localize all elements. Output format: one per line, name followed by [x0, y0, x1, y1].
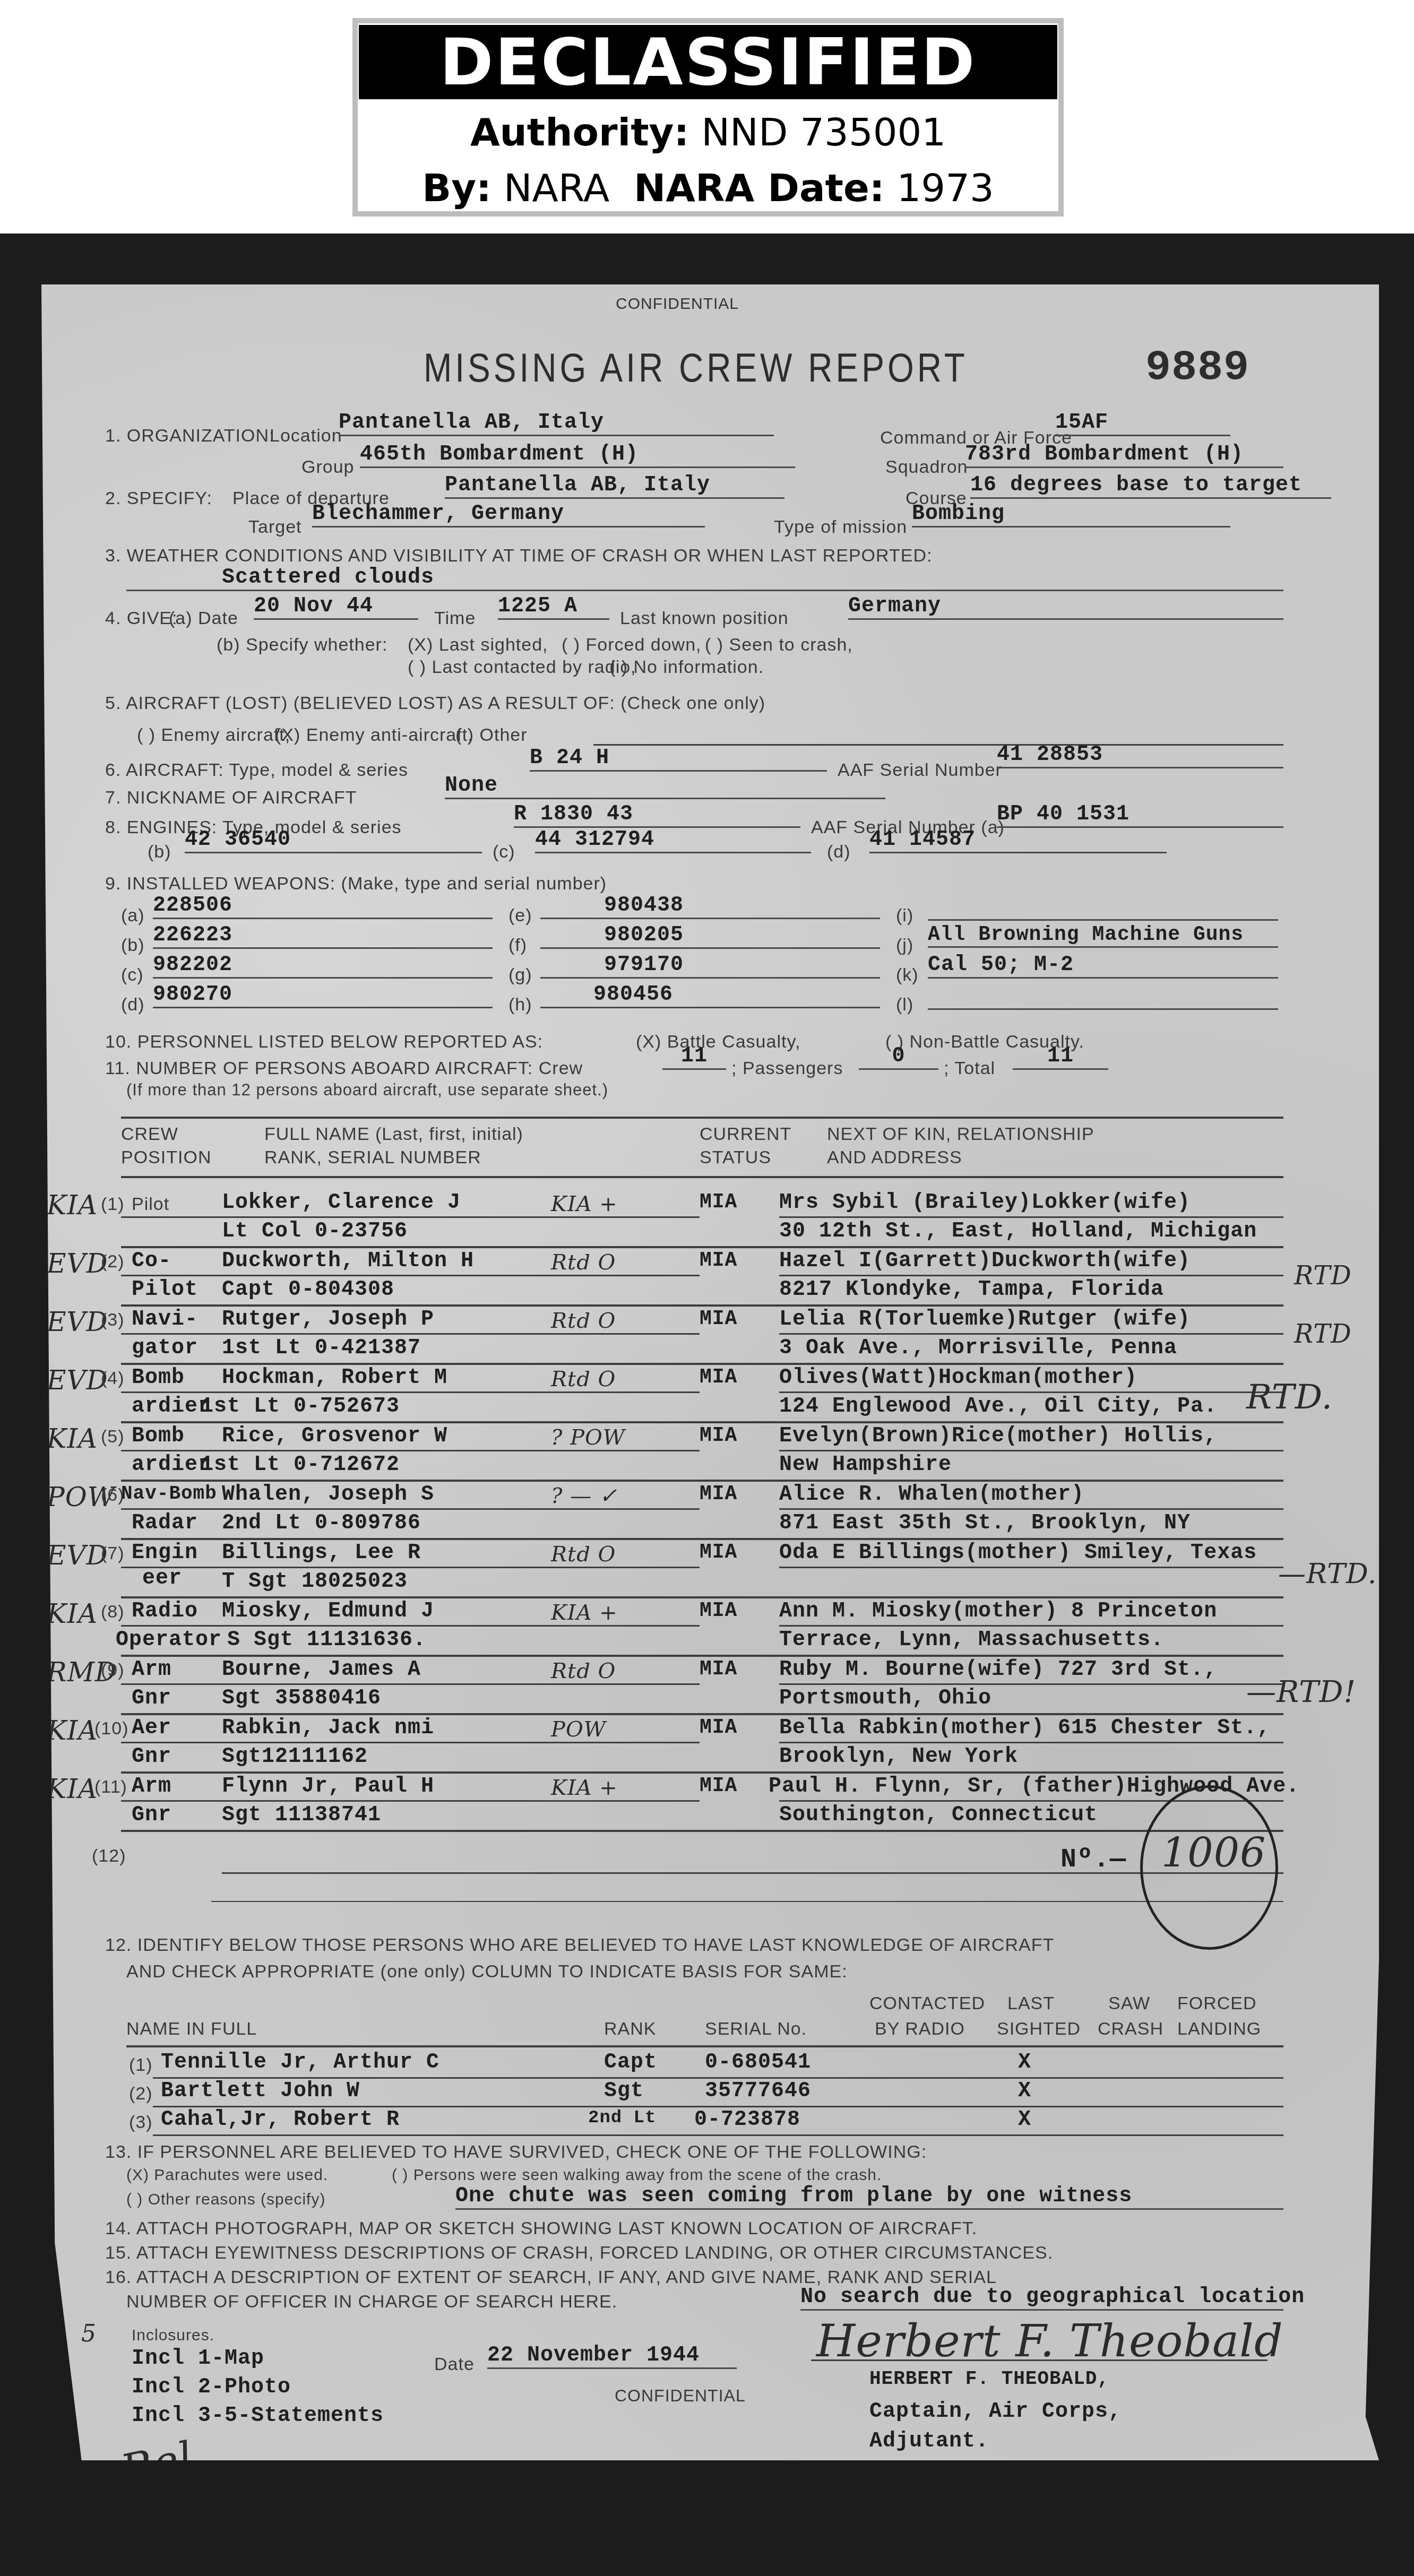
inclosures-label: Inclosures. — [132, 2327, 214, 2345]
weapon-key: (g) — [508, 965, 532, 986]
header-next-of-kin: NEXT OF KIN, RELATIONSHIP — [827, 1124, 1094, 1145]
header-crash: CRASH — [1098, 2019, 1163, 2039]
inclosure-item: Incl 2-Photo — [132, 2375, 291, 2399]
date-label: (a) Date — [169, 608, 238, 629]
next-of-kin: Ruby M. Bourne(wife) 727 3rd St., — [779, 1658, 1217, 1682]
weapon-serial — [928, 983, 1278, 1010]
search-description-field: No search due to geographical location — [800, 2285, 1283, 2311]
weapon-caliber: Cal 50; M-2 — [928, 953, 1278, 979]
report-title: MISSING AIR CREW REPORT — [424, 344, 968, 392]
weapon-key: (e) — [508, 905, 532, 926]
handwritten-status: ? — ✓ — [551, 1484, 617, 1508]
last-sighted-mark: X — [1018, 2108, 1031, 2132]
specify-label: (b) Specify whether: — [217, 635, 387, 655]
section1-label: 1. ORGANIZATION: — [105, 426, 275, 446]
row-divider — [121, 1508, 700, 1510]
row-divider — [121, 1333, 700, 1335]
weapon-serial: 980456 — [540, 983, 880, 1008]
header-rank-serial: RANK, SERIAL NUMBER — [264, 1147, 481, 1168]
row-divider — [153, 2134, 1283, 2136]
margin-annotation: KIA — [47, 1190, 98, 1221]
crew-position: Arm — [132, 1658, 171, 1682]
section7-label: 7. NICKNAME OF AIRCRAFT — [105, 788, 357, 808]
section16-label-cont: NUMBER OF OFFICER IN CHARGE OF SEARCH HE… — [126, 2292, 617, 2312]
handwritten-status: ? POW — [551, 1425, 625, 1450]
group-field: 465th Bombardment (H) — [360, 443, 795, 468]
crew-status: MIA — [700, 1308, 737, 1330]
crew-rank-serial: 1st Lt 0-421387 — [222, 1336, 421, 1360]
margin-handwriting: Rel — [117, 2432, 198, 2495]
margin-annotation: KIA — [47, 1715, 98, 1746]
signer-rank: Captain, Air Corps, — [869, 2400, 1122, 2424]
weapon-key: (j) — [896, 935, 913, 956]
weather-field: Scattered clouds — [126, 566, 1283, 591]
crew-position: Pilot — [132, 1194, 169, 1215]
other-reasons-field: One chute was seen coming from plane by … — [455, 2184, 1283, 2210]
scanned-document-frame: CONFIDENTIAL MISSING AIR CREW REPORT 988… — [0, 234, 1414, 2576]
passengers-label: ; Passengers — [731, 1058, 843, 1079]
engine-serial-c: 44 312794 — [535, 828, 811, 853]
row-divider — [779, 1391, 1283, 1393]
crew-position: Arm — [132, 1775, 171, 1799]
next-of-kin: Evelyn(Brown)Rice(mother) Hollis, — [779, 1424, 1217, 1448]
crew-status: MIA — [700, 1424, 737, 1447]
option-other-reasons: ( ) Other reasons (specify) — [126, 2191, 325, 2209]
row-divider — [121, 1771, 1283, 1774]
section13-label: 13. IF PERSONNEL ARE BELIEVED TO HAVE SU… — [105, 2142, 927, 2163]
total-count: 11 — [1013, 1044, 1108, 1070]
header-name-in-full: NAME IN FULL — [126, 2019, 257, 2039]
crew-name: Lokker, Clarence J — [222, 1191, 461, 1215]
header-last: LAST — [1007, 1993, 1055, 2014]
weapon-serial: 979170 — [540, 953, 880, 979]
handwritten-status: Rtd O — [551, 1250, 616, 1275]
crew-status: MIA — [700, 1483, 737, 1506]
witness-name: Cahal,Jr, Robert R — [161, 2108, 400, 2132]
right-margin-annotation: —RTD! — [1246, 1675, 1356, 1709]
row-divider — [121, 1800, 700, 1802]
engine-type-field: R 1830 43 — [514, 802, 800, 828]
command-field: 15AF — [1055, 411, 1230, 436]
margin-annotation: EVD — [47, 1540, 108, 1571]
last-sighted-mark: X — [1018, 2079, 1031, 2103]
crew-position-cont: Gnr — [132, 1803, 171, 1827]
kin-address: 30 12th St., East, Holland, Michigan — [779, 1220, 1257, 1243]
target-label: Target — [248, 517, 302, 538]
handwritten-status: Rtd O — [551, 1542, 616, 1567]
target-field: Blechammer, Germany — [312, 502, 705, 528]
crew-rank-serial: 2nd Lt 0-809786 — [222, 1511, 421, 1535]
inclosure-item: Incl 3-5-Statements — [132, 2404, 384, 2428]
crew-position-cont: Operator — [116, 1628, 222, 1652]
witness-header-rule — [126, 2045, 1283, 2047]
right-margin-annotation: RTD. — [1246, 1378, 1333, 1417]
kin-address: Brooklyn, New York — [779, 1745, 1018, 1769]
row-divider — [121, 1625, 700, 1627]
margin-annotation: KIA — [47, 1598, 98, 1629]
kin-address: 124 Englewood Ave., Oil City, Pa. — [779, 1395, 1217, 1419]
engine-serial-a: BP 40 1531 — [997, 802, 1283, 828]
departure-field: Pantanella AB, Italy — [445, 473, 784, 499]
crew-name: Rutger, Joseph P — [222, 1308, 434, 1332]
weapon-serial — [928, 894, 1278, 921]
crew-position: Nav-Bomb — [121, 1483, 217, 1505]
row-divider — [121, 1567, 700, 1568]
kin-address: Southington, Connecticut — [779, 1803, 1098, 1827]
group-label: Group — [301, 457, 355, 478]
section3-label: 3. WEATHER CONDITIONS AND VISIBILITY AT … — [105, 546, 932, 566]
crew-count: 11 — [662, 1044, 726, 1070]
row-divider — [779, 1508, 1283, 1510]
crew-position-cont: Gnr — [132, 1687, 171, 1710]
witness-rank: 2nd Lt — [588, 2108, 656, 2128]
weapon-serial: 980270 — [153, 983, 493, 1008]
option-walking-away: ( ) Persons were seen walking away from … — [392, 2166, 882, 2184]
row-divider — [121, 1450, 700, 1451]
witness-number: (3) — [129, 2112, 153, 2133]
witness-serial: 0-723878 — [694, 2108, 800, 2132]
engine-c-label: (c) — [493, 842, 515, 862]
crew-status: MIA — [700, 1541, 737, 1564]
report-number: 9889 — [1145, 344, 1249, 392]
handwritten-status: KIA + — [551, 1601, 618, 1625]
header-crew: CREW — [121, 1124, 178, 1145]
crew-number: (12) — [92, 1846, 126, 1866]
location-field: Pantanella AB, Italy — [339, 411, 774, 436]
option-other: ( ) Other — [455, 725, 528, 746]
weapon-key: (h) — [508, 995, 532, 1015]
classification-header: CONFIDENTIAL — [616, 295, 739, 313]
crew-position-cont: ardier — [132, 1395, 211, 1419]
row-divider — [121, 1363, 1283, 1365]
crew-number: (4) — [101, 1368, 125, 1389]
option-seen-to-crash: ( ) Seen to crash, — [705, 635, 853, 655]
row-divider — [121, 1742, 700, 1743]
crew-name: Flynn Jr, Paul H — [222, 1775, 434, 1799]
last-sighted-mark: X — [1018, 2051, 1031, 2074]
time-label: Time — [434, 608, 476, 629]
file-number-prefix: Nº.— — [1060, 1845, 1126, 1875]
row-divider — [121, 1246, 1283, 1248]
handwritten-status: Rtd O — [551, 1309, 616, 1333]
squadron-field: 783rd Bombardment (H) — [965, 443, 1283, 468]
crew-name: Rabkin, Jack nmi — [222, 1716, 434, 1740]
engine-d-label: (d) — [827, 842, 851, 862]
section11-label: 11. NUMBER OF PERSONS ABOARD AIRCRAFT: C… — [105, 1058, 583, 1079]
header-full-name: FULL NAME (Last, first, initial) — [264, 1124, 523, 1145]
witness-rank: Sgt — [604, 2079, 644, 2103]
row-divider — [779, 1450, 1283, 1451]
margin-annotation: EVD — [47, 1248, 108, 1279]
option-no-info: ( ) No information. — [609, 657, 764, 678]
weapon-key: (c) — [121, 965, 144, 986]
row-divider — [779, 1567, 1283, 1568]
crew-name: Duckworth, Milton H — [222, 1249, 474, 1273]
nickname-field: None — [445, 774, 885, 799]
crew-name: Rice, Grosvenor W — [222, 1424, 447, 1448]
header-serial-no: SERIAL No. — [705, 2019, 807, 2039]
header-landing: LANDING — [1177, 2019, 1261, 2039]
crew-name: Miosky, Edmund J — [222, 1600, 434, 1623]
header-by-radio: BY RADIO — [875, 2019, 965, 2039]
crew-position-cont: Radar — [132, 1511, 198, 1535]
crew-rank-serial: T Sgt 18025023 — [222, 1570, 408, 1594]
witness-number: (2) — [129, 2084, 153, 2104]
option-last-sighted: (X) Last sighted, — [408, 635, 548, 655]
squadron-label: Squadron — [885, 457, 968, 478]
mission-label: Type of mission — [774, 517, 907, 538]
handwritten-status: Rtd O — [551, 1659, 616, 1683]
witness-name: Bartlett John W — [161, 2079, 360, 2103]
crew-rank-serial: Sgt 35880416 — [222, 1687, 381, 1710]
signer-title: Adjutant. — [869, 2430, 989, 2453]
option-forced-down: ( ) Forced down, — [562, 635, 702, 655]
signature-date-label: Date — [434, 2354, 475, 2375]
row-divider — [779, 1275, 1283, 1276]
signer-name: HERBERT F. THEOBALD, — [869, 2368, 1109, 2390]
header-address: AND ADDRESS — [827, 1147, 962, 1168]
authority-value: NND 735001 — [701, 110, 946, 154]
inclosure-item: Incl 1-Map — [132, 2347, 264, 2371]
crew-position-cont: gator — [132, 1336, 198, 1360]
crew-number: (3) — [101, 1310, 125, 1330]
kin-address: Portsmouth, Ohio — [779, 1687, 991, 1710]
row-divider — [121, 1304, 1283, 1307]
margin-annotation: EVD — [47, 1365, 108, 1396]
crew-rank-serial: Lt Col 0-23756 — [222, 1220, 408, 1243]
crew-position: Co- — [132, 1249, 171, 1273]
crew-status: MIA — [700, 1191, 737, 1214]
row-divider — [121, 1713, 1283, 1715]
crew-status: MIA — [700, 1658, 737, 1681]
weapon-key: (i) — [896, 905, 913, 926]
weapon-serial: 980205 — [540, 923, 880, 949]
section12-label-cont: AND CHECK APPROPRIATE (one only) COLUMN … — [126, 1961, 848, 1982]
crew-status: MIA — [700, 1716, 737, 1739]
witness-name: Tennille Jr, Arthur C — [161, 2051, 439, 2074]
kin-address: 8217 Klondyke, Tampa, Florida — [779, 1278, 1164, 1302]
margin-annotation: EVD — [47, 1307, 108, 1337]
engine-b-label: (b) — [148, 842, 171, 862]
next-of-kin: Hazel I(Garrett)Duckworth(wife) — [779, 1249, 1191, 1273]
course-field: 16 degrees base to target — [970, 473, 1331, 499]
crew-position: Navi- — [132, 1308, 198, 1332]
row-divider — [779, 1683, 1283, 1685]
next-of-kin: Mrs Sybil (Brailey)Lokker(wife) — [779, 1191, 1191, 1215]
section15-label: 15. ATTACH EYEWITNESS DESCRIPTIONS OF CR… — [105, 2243, 1053, 2263]
crash-date-field: 20 Nov 44 — [254, 594, 418, 620]
row-divider — [779, 1625, 1283, 1627]
aircraft-serial-field: 41 28853 — [997, 743, 1283, 768]
crew-number: (11) — [94, 1777, 127, 1797]
handwritten-status: Rtd O — [551, 1367, 616, 1391]
section9-label: 9. INSTALLED WEAPONS: (Make, type and se… — [105, 874, 607, 894]
weapon-serial: 982202 — [153, 953, 493, 979]
header-rank: RANK — [604, 2019, 656, 2039]
right-margin-annotation: RTD — [1294, 1319, 1352, 1349]
crew-header-rule — [121, 1176, 1283, 1178]
section12-label: 12. IDENTIFY BELOW THOSE PERSONS WHO ARE… — [105, 1935, 1054, 1956]
next-of-kin: Alice R. Whalen(mother) — [779, 1483, 1084, 1507]
witness-number: (1) — [129, 2055, 153, 2076]
weapon-key: (a) — [121, 905, 145, 926]
row-divider — [779, 1333, 1283, 1335]
declassified-title: DECLASSIFIED — [359, 25, 1057, 99]
crew-position-cont: Pilot — [132, 1278, 198, 1302]
nara-date-value: 1973 — [897, 166, 994, 210]
section2-label: 2. SPECIFY: — [105, 488, 212, 509]
witness-serial: 35777646 — [705, 2079, 811, 2103]
margin-annotation: KIA — [47, 1774, 98, 1804]
next-of-kin: Bella Rabkin(mother) 615 Chester St., — [779, 1716, 1270, 1740]
crew-position: Bomb — [132, 1366, 185, 1390]
crew-status: MIA — [700, 1775, 737, 1797]
header-position: POSITION — [121, 1147, 211, 1168]
crew-number: (9) — [101, 1660, 125, 1681]
option-enemy-antiaircraft: (X) Enemy anti-aircraft, — [275, 725, 473, 746]
crew-number: (5) — [101, 1427, 125, 1447]
aircraft-type-field: B 24 H — [530, 746, 827, 772]
authority-line: Authority: NND 735001 — [358, 110, 1058, 154]
section5-label: 5. AIRCRAFT (LOST) (BELIEVED LOST) AS A … — [105, 693, 765, 714]
crash-time-field: 1225 A — [498, 594, 609, 620]
crew-position-cont: Gnr — [132, 1745, 171, 1769]
header-contacted: CONTACTED — [869, 1993, 985, 2014]
kin-address: 871 East 35th St., Brooklyn, NY — [779, 1511, 1191, 1535]
row-divider — [779, 1742, 1283, 1743]
witness-serial: 0-680541 — [705, 2051, 811, 2074]
row-divider — [153, 2077, 1283, 2079]
crew-position-cont: eer — [142, 1567, 182, 1590]
footer-classification: CONFIDENTIAL — [615, 2386, 746, 2406]
signature: Herbert F. Theobald — [816, 2315, 1283, 2367]
by-value: NARA — [504, 166, 609, 210]
weapon-key: (d) — [121, 995, 145, 1015]
engine-serial-d: 41 14587 — [869, 828, 1167, 853]
row-divider — [121, 1480, 1283, 1482]
engine-serial-b: 42 36540 — [185, 828, 482, 853]
header-status: STATUS — [700, 1147, 771, 1168]
weapon-serial: 226223 — [153, 923, 493, 949]
crew-name: Hockman, Robert M — [222, 1366, 447, 1390]
weapon-key: (f) — [508, 935, 527, 956]
witness-rank: Capt — [604, 2051, 657, 2074]
nara-line: By: NARA NARA Date: 1973 — [358, 166, 1058, 210]
header-saw: SAW — [1108, 1993, 1150, 2014]
crew-name: Billings, Lee R — [222, 1541, 421, 1565]
row-divider — [121, 1596, 1283, 1598]
by-label: By: — [422, 166, 492, 210]
crew-position: Bomb — [132, 1424, 185, 1448]
row-divider — [121, 1421, 1283, 1423]
crew-status: MIA — [700, 1366, 737, 1389]
row-divider — [779, 1216, 1283, 1218]
kin-address: Terrace, Lynn, Massachusetts. — [779, 1628, 1164, 1652]
nara-date-label: NARA Date: — [634, 166, 885, 210]
separate-sheet-note: (If more than 12 persons aboard aircraft… — [126, 1080, 608, 1100]
crew-rank-serial: Sgt12111162 — [222, 1745, 368, 1769]
declassified-stamp: DECLASSIFIED Authority: NND 735001 By: N… — [352, 18, 1064, 217]
handwritten-status: KIA + — [551, 1776, 618, 1800]
section4-label: 4. GIVE: — [105, 608, 178, 629]
position-field: Germany — [848, 594, 1283, 620]
weapon-serial: 980438 — [540, 894, 880, 919]
kin-address: 3 Oak Ave., Morrisville, Penna — [779, 1336, 1177, 1360]
signature-date-field: 22 November 1944 — [487, 2344, 737, 2369]
weapon-description: All Browning Machine Guns — [928, 923, 1278, 948]
crew-rank-serial: Sgt 11138741 — [222, 1803, 381, 1827]
crew-table-top-rule — [121, 1117, 1283, 1119]
next-of-kin: Lelia R(Torluemke)Rutger (wife) — [779, 1308, 1191, 1332]
row-divider — [211, 1901, 1283, 1902]
handwritten-status: KIA + — [551, 1192, 618, 1216]
header-sighted: SIGHTED — [997, 2019, 1081, 2039]
header-forced: FORCED — [1177, 1993, 1257, 2014]
total-label: ; Total — [944, 1058, 995, 1079]
section6-label: 6. AIRCRAFT: Type, model & series — [105, 760, 408, 781]
crew-rank-serial: 1st Lt 0-712672 — [201, 1453, 400, 1477]
right-margin-annotation: RTD — [1294, 1261, 1352, 1291]
crew-position-cont: ardier — [132, 1453, 211, 1477]
row-divider — [121, 1655, 1283, 1657]
option-radio: ( ) Last contacted by radio, — [408, 657, 636, 678]
row-divider — [121, 1538, 1283, 1540]
file-number: 1006 — [1161, 1829, 1266, 1876]
crew-position: Engin — [132, 1541, 198, 1565]
crew-number: (2) — [101, 1251, 125, 1272]
crew-number: (1) — [101, 1194, 125, 1215]
weapon-key: (l) — [896, 995, 913, 1015]
next-of-kin: Oda E Billings(mother) Smiley, Texas — [779, 1541, 1257, 1565]
crew-position: Radio — [132, 1600, 198, 1623]
crew-status: MIA — [700, 1249, 737, 1272]
row-divider — [121, 1391, 700, 1393]
crew-rank-serial: S Sgt 11131636. — [227, 1628, 426, 1652]
missing-air-crew-report-form: CONFIDENTIAL MISSING AIR CREW REPORT 988… — [41, 284, 1379, 2460]
row-divider — [121, 1830, 1283, 1832]
option-parachutes: (X) Parachutes were used. — [126, 2166, 328, 2184]
crew-number: (7) — [101, 1543, 125, 1564]
kin-address: New Hampshire — [779, 1453, 952, 1477]
next-of-kin: Olives(Watt)Hockman(mother) — [779, 1366, 1137, 1390]
passenger-count: 0 — [859, 1044, 938, 1070]
inclosure-count: 5 — [81, 2320, 97, 2347]
row-divider — [121, 1275, 700, 1276]
right-margin-annotation: —RTD. — [1278, 1558, 1377, 1590]
next-of-kin: Ann M. Miosky(mother) 8 Princeton — [779, 1600, 1217, 1623]
margin-annotation: KIA — [47, 1423, 98, 1454]
header-current: CURRENT — [700, 1124, 791, 1145]
row-divider — [121, 1683, 700, 1685]
section14-label: 14. ATTACH PHOTOGRAPH, MAP OR SKETCH SHO… — [105, 2218, 977, 2239]
crew-number: (10) — [94, 1718, 128, 1739]
crew-rank-serial: Capt 0-804308 — [222, 1278, 394, 1302]
authority-label: Authority: — [470, 110, 689, 154]
weapon-key: (k) — [896, 965, 919, 986]
crew-rank-serial: 1st Lt 0-752673 — [201, 1395, 400, 1419]
location-label: Location — [270, 426, 342, 446]
section10-label: 10. PERSONNEL LISTED BELOW REPORTED AS: — [105, 1032, 543, 1052]
weapon-serial: 228506 — [153, 894, 493, 919]
crew-status: MIA — [700, 1600, 737, 1622]
row-divider — [153, 2106, 1283, 2107]
crew-position: Aer — [132, 1716, 171, 1740]
position-label: Last known position — [620, 608, 789, 629]
weapon-key: (b) — [121, 935, 145, 956]
row-divider — [121, 1216, 700, 1218]
crew-name: Bourne, James A — [222, 1658, 421, 1682]
crew-number: (8) — [101, 1602, 125, 1622]
